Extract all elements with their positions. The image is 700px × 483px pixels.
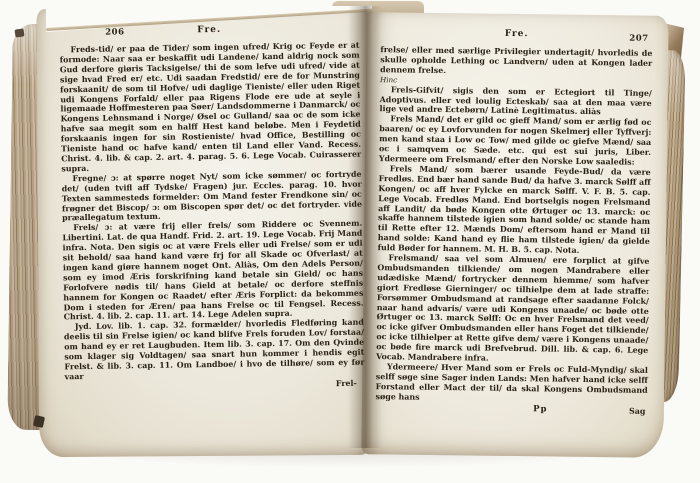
right-page-number: 207 — [629, 35, 648, 45]
left-paragraphs: Freds-tid/ er paa de Tider/ som ingen uf… — [59, 41, 364, 382]
paragraph: Jyd. Lov. lib. 1. cap. 32. formælder/ hv… — [64, 318, 365, 382]
paragraph: Fregne/ ɔ: at spørre noget Nyt/ som icke… — [61, 169, 362, 223]
right-catchword: Sag — [629, 406, 645, 416]
paragraph: Frels-Gifvit/ sigis den som er Ectegiort… — [380, 85, 652, 119]
paragraph: Ydermeere/ Hver Mand som er Frels oc Ful… — [375, 362, 648, 405]
right-header-row: Fre. 207 — [381, 28, 653, 46]
signature-mark: Pp — [533, 405, 547, 415]
paragraph: frelse/ eller med særlige Privilegier un… — [380, 45, 652, 79]
paragraph: Frels Mand/ som bærer usande Feyde-Bud/ … — [378, 164, 651, 257]
left-text-block: 206 Fre. Freds-tid/ er paa de Tider/ som… — [59, 24, 365, 393]
paragraph: Frelsmand/ saa vel som Almuen/ ere forpl… — [376, 253, 649, 366]
paragraph: Frels/ ɔ: at være frij eller frels/ som … — [62, 219, 364, 323]
paragraph: Frels Mand/ det er gild oc gieff Mand/ s… — [379, 114, 652, 167]
left-page-number: 206 — [105, 28, 124, 38]
top-left-speck — [14, 28, 24, 37]
right-paragraphs: frelse/ eller med særlige Privilegier un… — [375, 45, 652, 405]
paragraph: Freds-tid/ er paa de Tider/ som ingen uf… — [59, 41, 361, 174]
book-photograph: 206 Fre. Freds-tid/ er paa de Tider/ som… — [0, 0, 700, 483]
right-text-block: Fre. 207 frelse/ eller med særlige Privi… — [375, 28, 652, 418]
